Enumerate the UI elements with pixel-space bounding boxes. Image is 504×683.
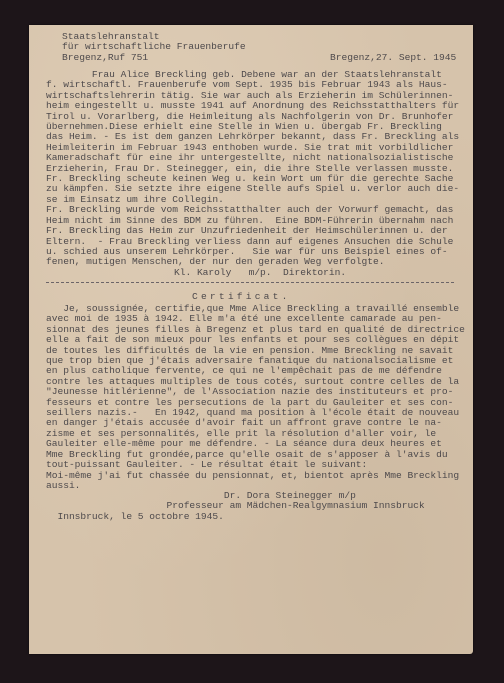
certificate-title: Certificat. <box>192 292 291 302</box>
letterhead: Staatslehranstaltfür wirtschaftliche Fra… <box>62 32 246 63</box>
document-page: Staatslehranstaltfür wirtschaftliche Fra… <box>29 25 473 654</box>
scanner-backdrop: Staatslehranstaltfür wirtschaftliche Fra… <box>0 0 504 683</box>
german-testimonial-signature: Kl. Karoly m/p. Direktorin. <box>174 268 346 278</box>
certificate-signature-block: Dr. Dora Steinegger m/p Professeur am Mä… <box>46 491 425 522</box>
section-divider <box>46 282 454 283</box>
place-date: Bregenz,27. Sept. 1945 <box>330 53 456 63</box>
certificate-body: Je, soussignée, certifie,que Mme Alice B… <box>46 304 465 491</box>
letterhead-line-address: Bregenz,Ruf 751 <box>62 53 246 63</box>
signature-place-date: Innsbruck, le 5 octobre 1945. <box>46 512 425 522</box>
german-testimonial-body: Frau Alice Breckling geb. Debene war an … <box>46 70 459 268</box>
